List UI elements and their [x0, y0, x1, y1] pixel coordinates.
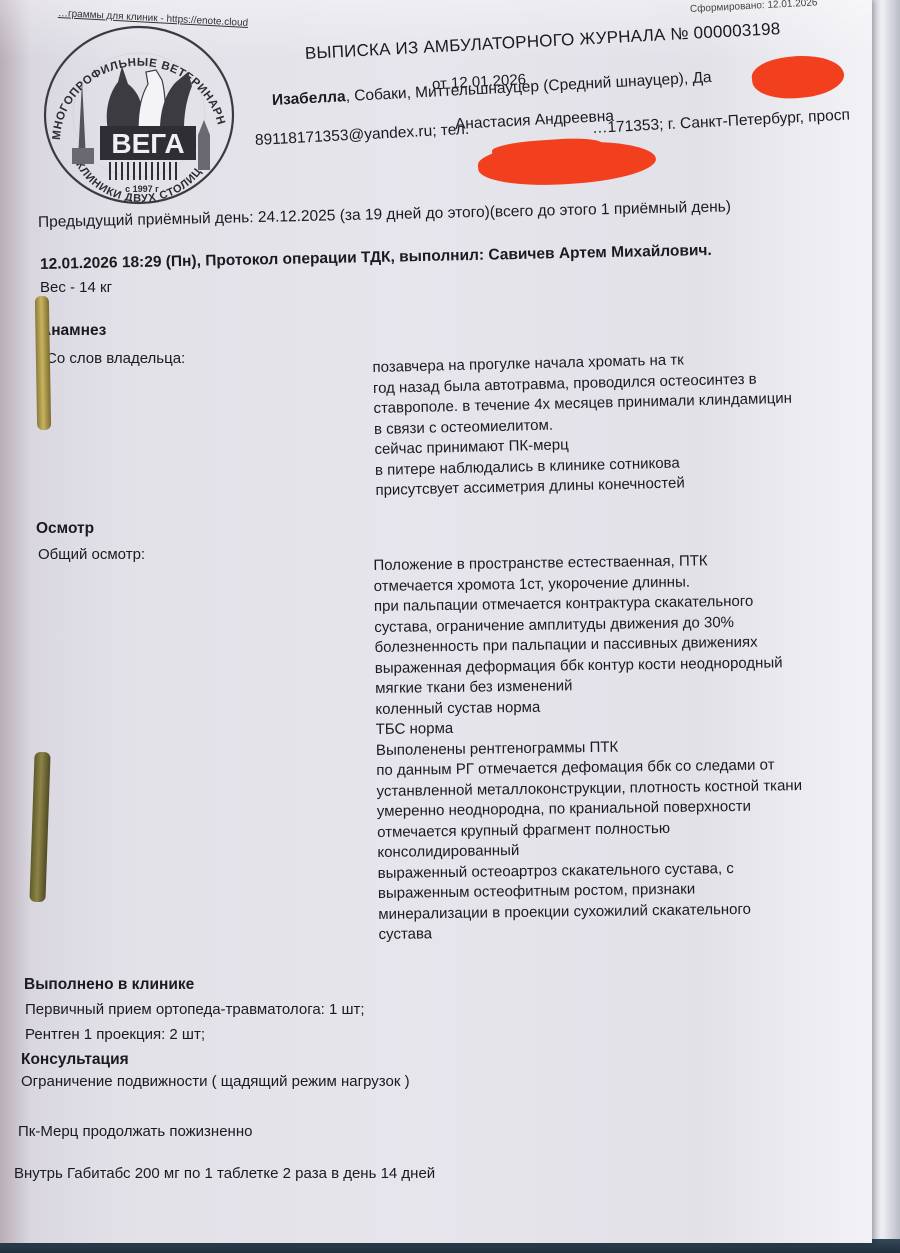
logo-since: с 1997 г — [125, 184, 159, 194]
exam-text: Положение в пространстве естестваенная, … — [373, 550, 804, 945]
done-in-clinic-heading: Выполнено в клинике — [24, 976, 194, 994]
anamnesis-heading: Анамнез — [40, 322, 106, 340]
owner-contact: 89118171353@yandex.ru; тел. — [255, 121, 470, 150]
anamnesis-label: Со слов владельца: — [46, 350, 185, 367]
anamnesis-text: позавчера на прогулке начала хромать на … — [372, 348, 794, 502]
consultation-item: Ограничение подвижности ( щадящий режим … — [21, 1073, 410, 1090]
exam-label: Общий осмотр: — [38, 546, 145, 563]
visit-line: 12.01.2026 18:29 (Пн), Протокол операции… — [40, 242, 712, 274]
owner-address: …171353; г. Санкт-Петербург, просп — [592, 106, 851, 137]
background-right-edge — [870, 0, 900, 1253]
consultation-heading: Консультация — [21, 1051, 129, 1069]
binder-clip-icon — [29, 752, 50, 902]
done-item: Первичный прием ортопеда-травматолога: 1… — [25, 1001, 365, 1018]
logo-brand: ВЕГА — [111, 128, 184, 159]
recommendation: Внутрь Габитабс 200 мг по 1 таблетке 2 р… — [14, 1165, 435, 1182]
owner-name: Анастасия Андреевна — [455, 108, 615, 134]
binder-clip-icon — [35, 296, 51, 430]
clinic-logo-icon: МНОГОПРОФИЛЬНЫЕ ВЕТЕРИНАРНЫЕ КЛИНИКИ ·КЛ… — [38, 20, 240, 210]
patient-name: Изабелла — [272, 88, 347, 109]
exam-heading: Осмотр — [36, 520, 94, 538]
document-sheet: …граммы для клиник - https://enote.cloud… — [0, 0, 872, 1243]
patient-weight: Вес - 14 кг — [40, 279, 112, 296]
patient-details: , Собаки, Миттельшнауцер (Средний шнауце… — [345, 69, 712, 105]
recommendation: Пк-Мерц продолжать пожизненно — [18, 1123, 252, 1140]
done-item: Рентген 1 проекция: 2 шт; — [25, 1026, 205, 1043]
